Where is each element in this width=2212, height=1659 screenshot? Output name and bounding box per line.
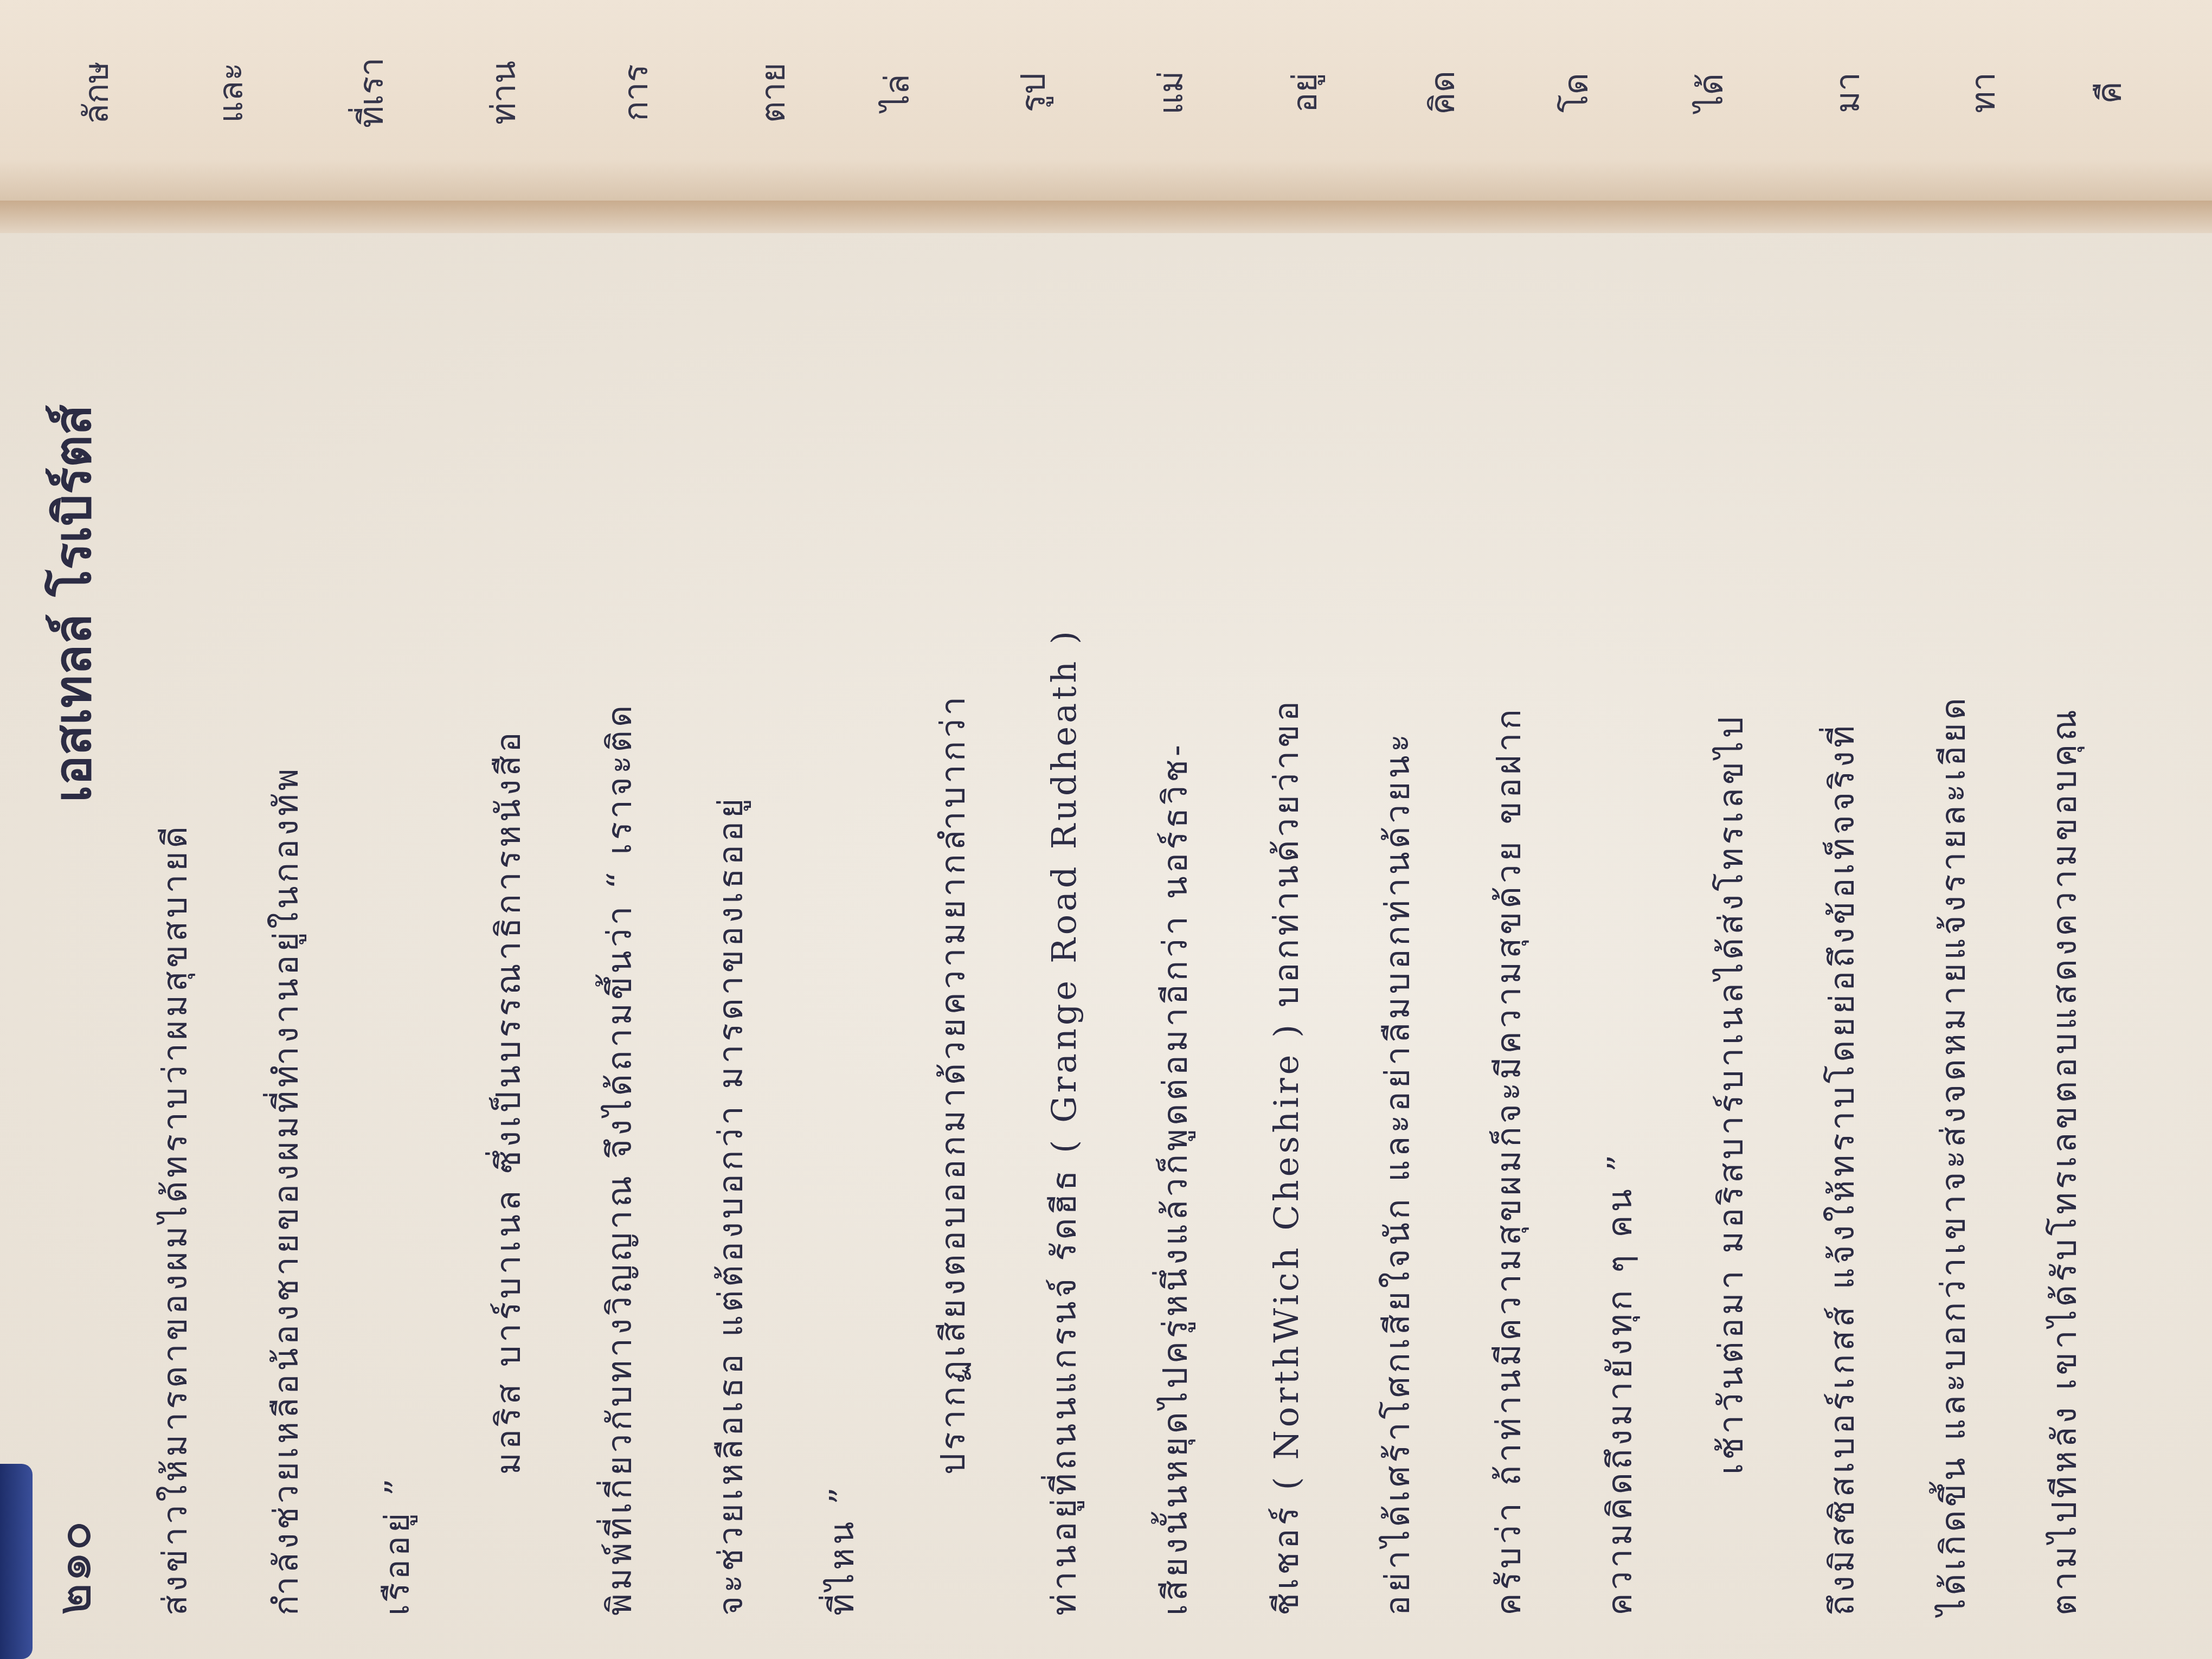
text-line: เสียงนั้นหยุดไปครู่หนึ่งแล้วก็พูดต่อมาอี… <box>1120 287 1231 1616</box>
facing-page-fragment: ท่าน <box>487 61 520 125</box>
body-text: ส่งข่าวให้มารดาของผมได้ทราบว่าผมสุขสบายด… <box>119 287 2120 1616</box>
text-line: พิมพ์ที่เกี่ยวกับทางวิญญาณ จึงได้ถามขึ้น… <box>564 287 675 1616</box>
facing-page-edge: ลักษและที่เราท่านการตายไล่รูปแม่อยู่คิดโ… <box>0 0 2212 228</box>
text-line: ได้เกิดขึ้น และบอกว่าเขาจะส่งจดหมายแจ้งร… <box>1898 287 2009 1616</box>
facing-page-fragment: มา <box>1831 72 1864 113</box>
thumb-in-frame <box>0 1464 33 1659</box>
text-line: ปรากฏเสียงตอบออกมาด้วยความยากลำบากว่า <box>897 287 1008 1616</box>
facing-page-fragment: โด <box>1559 73 1593 113</box>
text-line: ครับว่า ถ้าท่านมีความสุขผมก็จะมีความสุขด… <box>1453 287 1564 1616</box>
facing-page-fragment: รูป <box>1017 73 1050 113</box>
facing-page-fragment: ได้ <box>1694 73 1728 112</box>
facing-page-fragment: ลักษ <box>80 61 113 124</box>
text-line: อย่าได้เศร้าโศกเสียใจนัก และอย่าลืมบอกท่… <box>1342 287 1453 1616</box>
text-line: ส่งข่าวให้มารดาของผมได้ทราบว่าผมสุขสบายด… <box>119 287 230 1616</box>
text-line: ความคิดถึงมายังทุก ๆ คน ” <box>1564 287 1675 1616</box>
facing-page-fragment: อยู่ <box>1288 73 1322 113</box>
text-line: ท่านอยู่ที่ถนนแกรนจ์ รัดฮีธ ( Grange Roa… <box>1008 287 1120 1616</box>
facing-page-fragment: ที่เรา <box>355 57 388 128</box>
text-line: ชีเชอร์ ( NorthWich Cheshire ) บอกท่านด้… <box>1231 287 1342 1616</box>
text-line: ที่ไหน ” <box>786 287 897 1616</box>
page-number: ๒๑๐ <box>33 1521 112 1616</box>
text-line: ถึงมิสซิสเบอร์เกสส์ แจ้งให้ทราบโดยย่อถึง… <box>1786 287 1898 1616</box>
facing-page-fragment: ไล่ <box>880 74 914 111</box>
running-head: เอสเทลล์ โรเบิร์ตส์ <box>33 404 112 802</box>
facing-page-fragment: ตาย <box>756 62 790 123</box>
facing-page-fragment: ทา <box>1966 72 2000 113</box>
facing-page-fragment: แม่ <box>1154 71 1188 115</box>
facing-page-fragment: คิด <box>1426 70 1459 115</box>
text-line: เรืออยู่ ” <box>342 287 453 1616</box>
text-line: มอริส บาร์บาเนล ซึ่งเป็นบรรณาธิการหนังสื… <box>453 287 564 1616</box>
text-line: จะช่วยเหลือเธอ แต่ต้องบอกว่า มารดาของเธอ… <box>675 287 786 1616</box>
book-page: ๒๑๐ เอสเทลล์ โรเบิร์ตส์ ส่งข่าวให้มารดาข… <box>0 233 2212 1659</box>
text-line: เช้าวันต่อมา มอริสบาร์บาเนลได้ส่งโทรเลขไ… <box>1675 287 1786 1616</box>
facing-page-fragment: การ <box>619 64 653 121</box>
page-header: ๒๑๐ เอสเทลล์ โรเบิร์ตส์ <box>33 314 98 1616</box>
text-line: ตามไปทีหลัง เขาได้รับโทรเลขตอบแสดงความขอ… <box>2009 287 2120 1616</box>
facing-page-fragment: คื <box>2093 81 2126 104</box>
text-line: กำลังช่วยเหลือน้องชายของผมที่ทำงานอยู่ใน… <box>230 287 342 1616</box>
rotated-page-content: ๒๑๐ เอสเทลล์ โรเบิร์ตส์ ส่งข่าวให้มารดาข… <box>0 233 2212 1659</box>
facing-page-fragment: และ <box>214 62 248 123</box>
